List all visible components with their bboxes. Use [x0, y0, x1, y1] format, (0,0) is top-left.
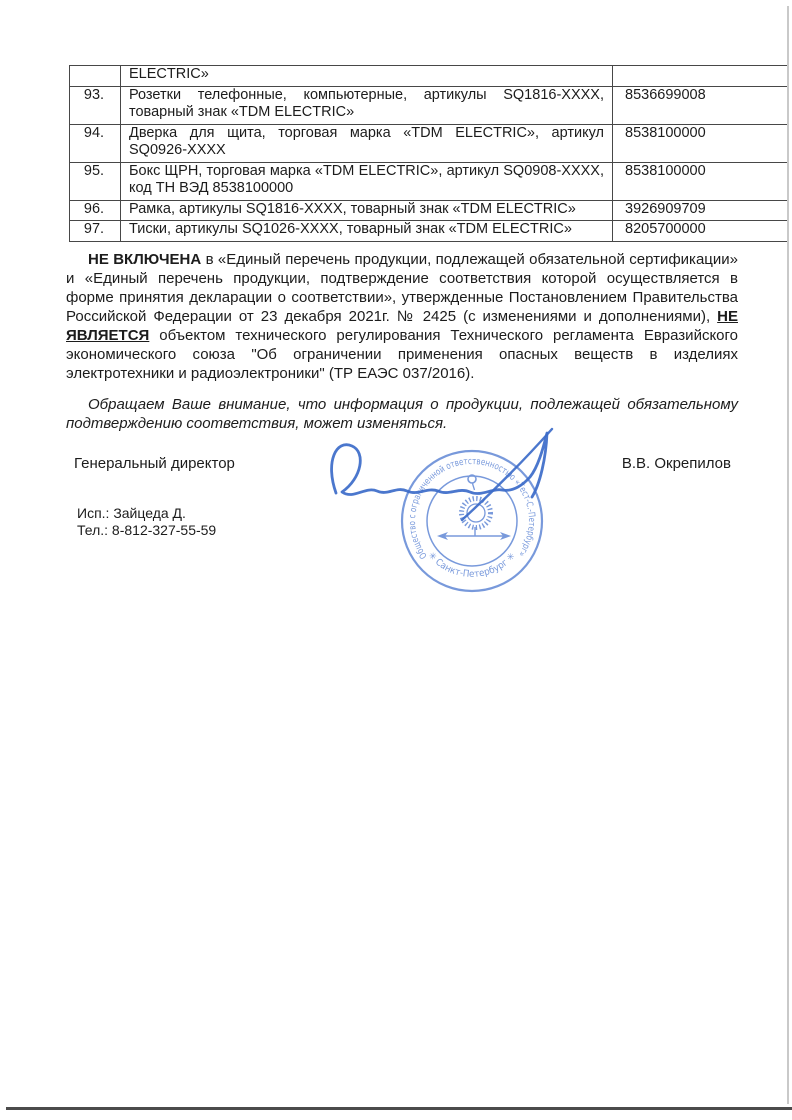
table-row: ELECTRIC»	[70, 66, 788, 87]
contacts-block: Исп.: Зайцеда Д. Тел.: 8-812-327-55-59	[77, 505, 216, 538]
document-page: ELECTRIC» 93. Розетки телефонные, компью…	[0, 0, 792, 1120]
row-description: ELECTRIC»	[121, 66, 613, 87]
stamp-bottom-text-wrap: ✳ Санкт-Петербург ✳	[426, 550, 518, 580]
row-description: Бокс ЩРН, торговая марка «TDM ELECTRIC»,…	[121, 162, 613, 200]
executor-line: Исп.: Зайцеда Д.	[77, 505, 216, 522]
signature-row: Генеральный директор В.В. Окрепилов	[74, 455, 731, 472]
row-description: Дверка для щита, торговая марка «TDM ELE…	[121, 124, 613, 162]
table-row: 94. Дверка для щита, торговая марка «TDM…	[70, 124, 788, 162]
table-row: 97. Тиски, артикулы SQ1026-XXXX, товарны…	[70, 221, 788, 242]
not-included-bold-lead: НЕ ВКЛЮЧЕНА	[88, 251, 201, 268]
row-description: Рамка, артикулы SQ1816-XXXX, товарный зн…	[121, 200, 613, 221]
phone-line: Тел.: 8-812-327-55-59	[77, 522, 216, 539]
stamp-bottom-text: ✳ Санкт-Петербург ✳	[426, 550, 518, 580]
stamp-outer-ring	[402, 451, 542, 591]
row-number	[70, 66, 121, 87]
emblem-arrowhead-right	[500, 532, 511, 540]
row-number: 93.	[70, 86, 121, 124]
scan-right-edge	[787, 6, 789, 1104]
row-number: 95.	[70, 162, 121, 200]
signature-flourish-stroke	[462, 429, 552, 520]
row-description: Тиски, артикулы SQ1026-XXXX, товарный зн…	[121, 221, 613, 242]
row-code	[613, 66, 788, 87]
row-code: 8205700000	[613, 221, 788, 242]
emblem-arrowhead-left	[437, 532, 448, 540]
emblem-ticked-circle	[462, 499, 491, 528]
products-table: ELECTRIC» 93. Розетки телефонные, компью…	[69, 65, 788, 242]
table-row: 96. Рамка, артикулы SQ1816-XXXX, товарны…	[70, 200, 788, 221]
emblem-top-circle	[468, 475, 476, 483]
table-row: 93. Розетки телефонные, компьютерные, ар…	[70, 86, 788, 124]
table-row: 95. Бокс ЩРН, торговая марка «TDM ELECTR…	[70, 162, 788, 200]
row-code: 8538100000	[613, 162, 788, 200]
row-description: Розетки телефонные, компьютерные, артику…	[121, 86, 613, 124]
row-code: 8536699008	[613, 86, 788, 124]
emblem-top-stem	[473, 484, 475, 491]
scan-bottom-edge	[6, 1107, 792, 1110]
row-number: 97.	[70, 221, 121, 242]
row-code: 3926909709	[613, 200, 788, 221]
row-number: 96.	[70, 200, 121, 221]
paragraph-not-included: НЕ ВКЛЮЧЕНА в «Единый перечень продукции…	[66, 250, 738, 383]
paragraph-notice: Обращаем Ваше внимание, что информация о…	[66, 395, 738, 433]
emblem-center-circle	[467, 504, 485, 522]
stamp-inner-ring	[427, 476, 517, 566]
row-number: 94.	[70, 124, 121, 162]
director-name: В.В. Окрепилов	[622, 455, 731, 472]
company-stamp: Общество с ограниченной ответственностью…	[402, 451, 542, 591]
not-included-body-2: объектом технического регулирования Техн…	[66, 327, 738, 382]
row-code: 8538100000	[613, 124, 788, 162]
stamp-emblem	[437, 475, 511, 540]
handwritten-signature	[332, 429, 552, 520]
director-title: Генеральный директор	[74, 455, 235, 472]
